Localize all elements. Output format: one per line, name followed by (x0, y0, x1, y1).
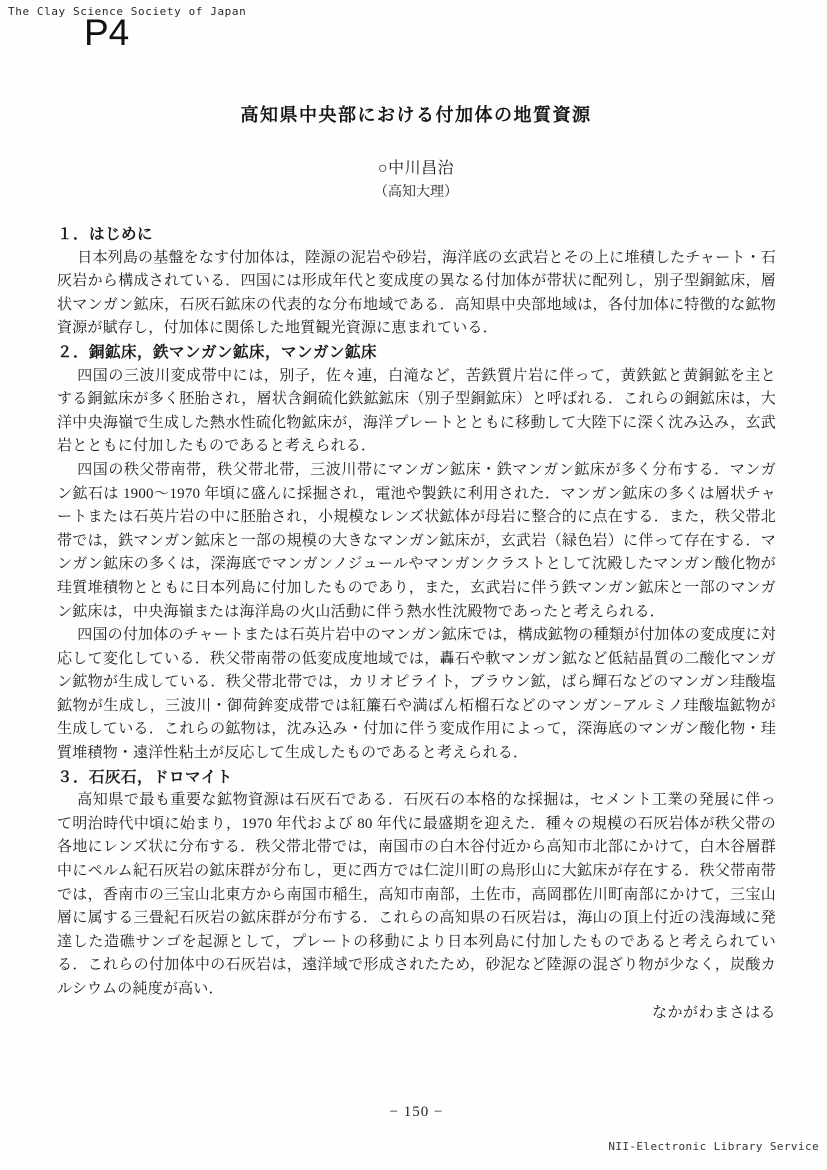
paragraph: 四国の三波川変成帯中には，別子，佐々連，白滝など，苦鉄質片岩に伴って，黄鉄鉱と黄… (57, 365, 776, 459)
author-affiliation: （高知大理） (57, 181, 775, 201)
paragraph: 四国の付加体のチャートまたは石英片岩中のマンガン鉱床では，構成鉱物の種類が付加体… (57, 624, 776, 766)
author-reading-signature: なかがわまさはる (57, 1002, 776, 1026)
title-block: 高知県中央部における付加体の地質資源 (57, 101, 775, 127)
abstract-body: １．はじめに 日本列島の基盤をなす付加体は，陸源の泥岩や砂岩，海洋底の玄武岩とそ… (57, 223, 776, 1025)
section-heading-introduction: １．はじめに (57, 223, 776, 247)
abstract-number-label: P4 (84, 12, 129, 54)
section-heading-limestone: ３．石灰石，ドロマイト (57, 766, 776, 790)
paragraph: 日本列島の基盤をなす付加体は，陸源の泥岩や砂岩，海洋底の玄武岩とその上に堆積した… (57, 247, 776, 341)
author-block: ○中川昌治 （高知大理） (57, 155, 775, 201)
section-heading-ore-deposits: ２．銅鉱床，鉄マンガン鉱床，マンガン鉱床 (57, 341, 776, 365)
library-service-note: NII-Electronic Library Service (608, 1140, 819, 1153)
page-number: − 150 − (57, 1104, 776, 1121)
paragraph: 高知県で最も重要な鉱物資源は石灰石である．石灰石の本格的な採掘は，セメント工業の… (57, 789, 776, 1001)
paper-title: 高知県中央部における付加体の地質資源 (57, 101, 775, 127)
document-page: The Clay Science Society of Japan P4 高知県… (0, 0, 827, 1170)
author-name: ○中川昌治 (57, 155, 775, 178)
paragraph: 四国の秩父帯南帯，秩父帯北帯，三波川帯にマンガン鉱床・鉄マンガン鉱床が多く分布す… (57, 459, 776, 624)
